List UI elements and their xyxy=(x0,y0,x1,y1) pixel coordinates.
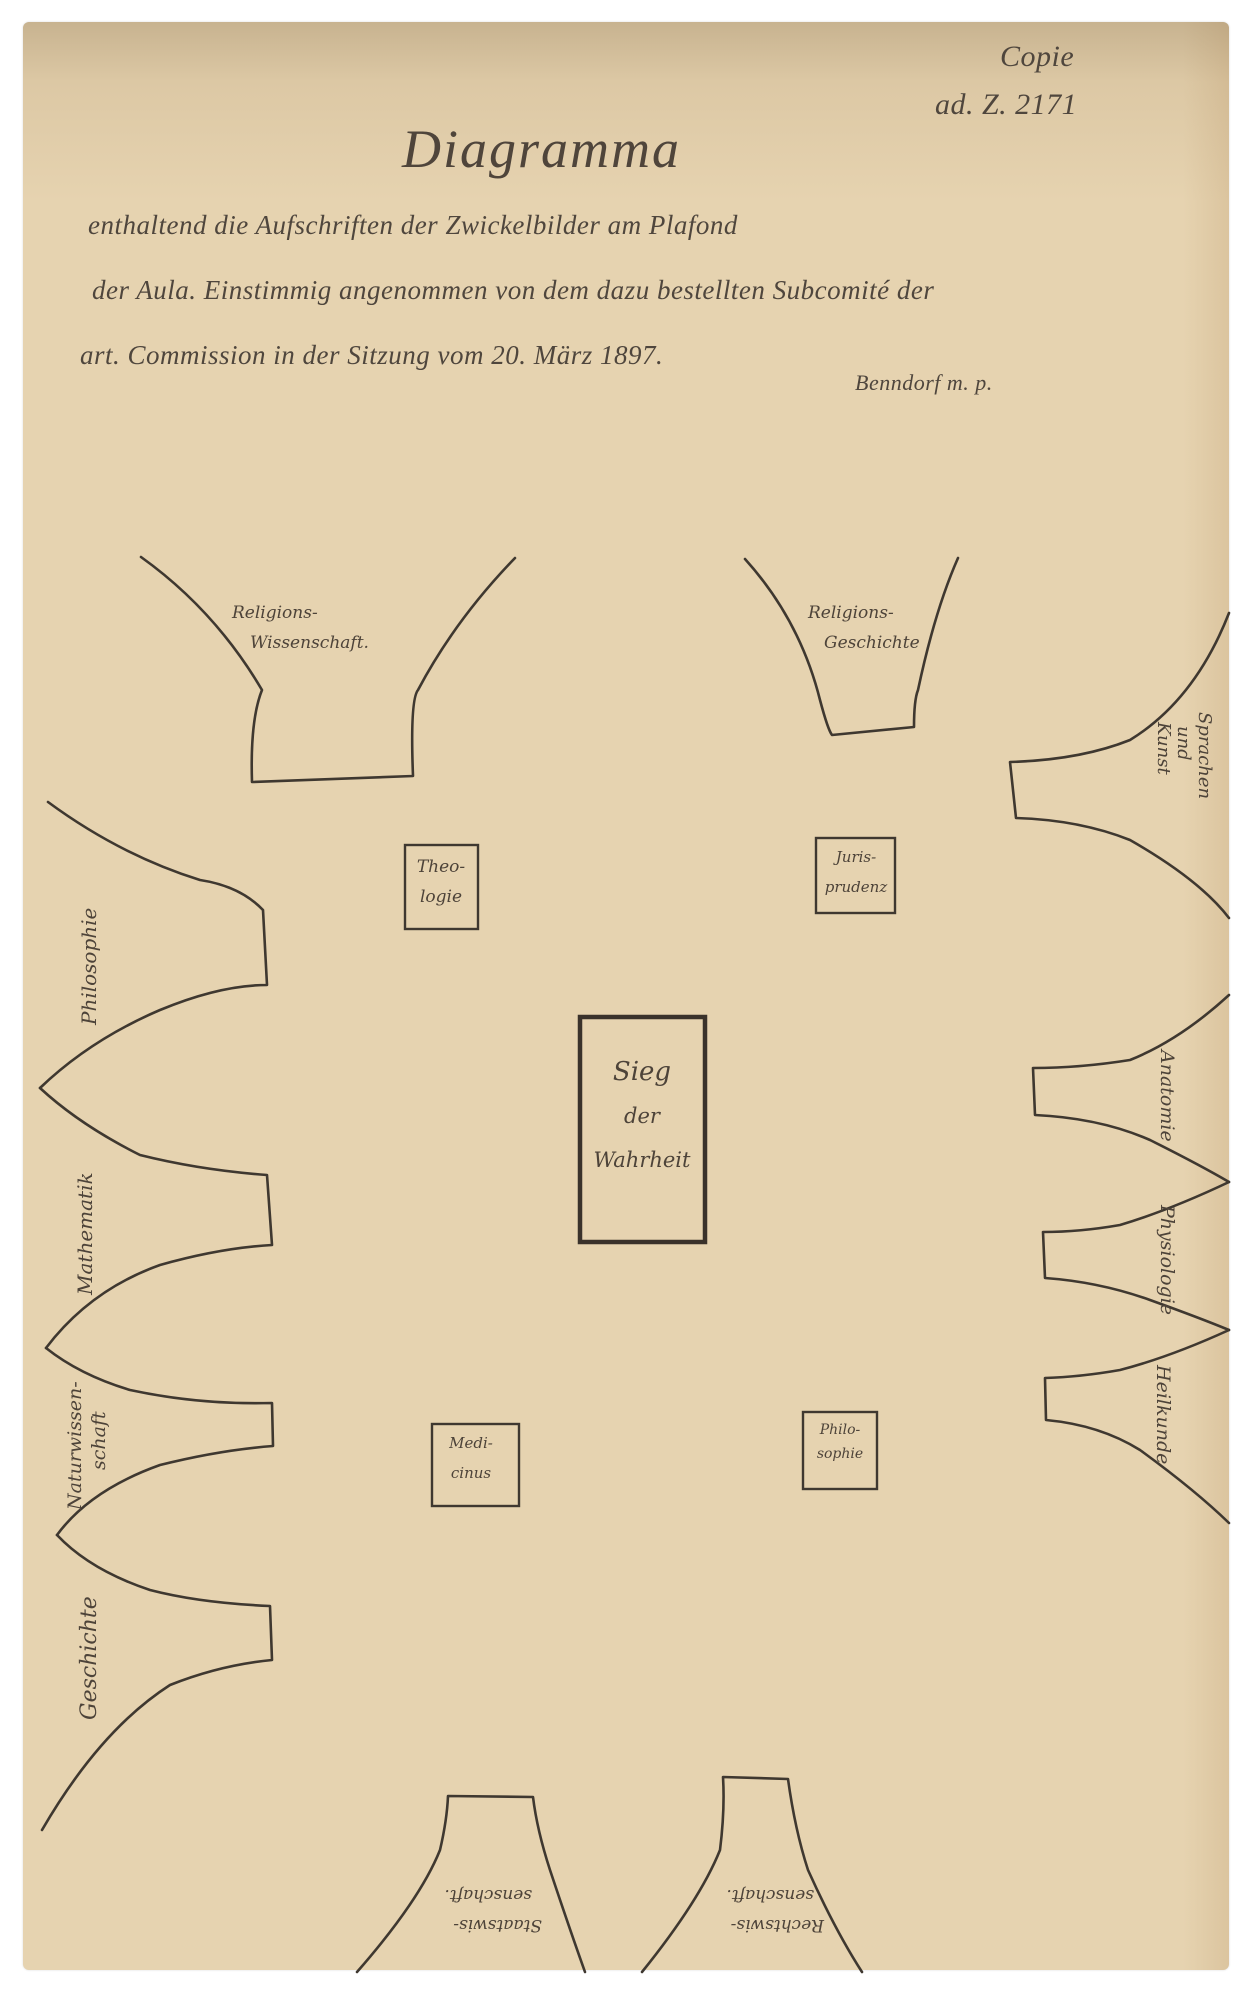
ceiling-diagram xyxy=(0,0,1258,2000)
label-line: der xyxy=(582,1094,702,1138)
spandrel-anatomie xyxy=(1033,995,1229,1182)
label-line: Staatswis- xyxy=(430,1910,542,1940)
label-line: Sieg xyxy=(582,1050,702,1094)
label-staatswissenschaft: Staatswis- senschaft. xyxy=(430,1880,542,1940)
label-line: Juris- xyxy=(816,842,896,872)
label-sieg-der-wahrheit: Sieg der Wahrheit xyxy=(582,1050,702,1182)
spandrel-religionswissenschaft xyxy=(141,557,515,782)
label-line: prudenz xyxy=(816,872,896,902)
label-line: Sprachen xyxy=(1193,712,1215,799)
label-line: Religions- xyxy=(232,598,372,628)
label-religionswissenschaft: Religions- Wissenschaft. xyxy=(232,598,372,658)
label-geschichte: Geschichte xyxy=(75,1596,105,1720)
label-line: logie xyxy=(408,882,474,912)
label-jurisprudenz: Juris- prudenz xyxy=(816,842,896,902)
spandrel-physiologie xyxy=(1043,1182,1229,1330)
label-naturwissenschaft: Naturwissen- schaft xyxy=(62,1381,110,1510)
label-line: Wahrheit xyxy=(582,1138,702,1182)
label-line: Rechtswis- xyxy=(712,1910,824,1940)
label-theologie: Theo- logie xyxy=(408,852,474,912)
label-line: senschaft. xyxy=(712,1880,814,1910)
label-heilkunde: Heilkunde xyxy=(1148,1365,1178,1464)
label-line: Geschichte xyxy=(824,628,918,658)
label-religionsgeschichte: Religions- Geschichte xyxy=(808,598,918,658)
label-rechtswissenschaft: Rechtswis- senschaft. xyxy=(712,1880,824,1940)
label-line: Medi- xyxy=(436,1428,506,1458)
label-medicinus: Medi- cinus xyxy=(436,1428,506,1488)
label-line: und xyxy=(1173,726,1193,799)
label-line: Theo- xyxy=(408,852,474,882)
label-sprachen-und-kunst: Sprachen und Kunst xyxy=(1153,712,1215,799)
label-mathematik: Mathematik xyxy=(70,1172,100,1295)
label-anatomie: Anatomie xyxy=(1152,1050,1182,1142)
label-line: cinus xyxy=(436,1458,506,1488)
spandrel-heilkunde xyxy=(1045,1330,1229,1523)
label-line: Philo- xyxy=(805,1418,875,1442)
label-line: senschaft. xyxy=(430,1880,532,1910)
label-line: Religions- xyxy=(808,598,918,628)
label-line: Kunst xyxy=(1153,722,1173,799)
spandrel-rechtswissenschaft xyxy=(642,1777,862,1972)
label-philosophie-panel: Philo- sophie xyxy=(805,1418,875,1466)
label-line: sophie xyxy=(805,1442,875,1466)
label-line: schaft xyxy=(88,1381,110,1470)
label-line: Naturwissen- xyxy=(62,1381,88,1510)
label-philosophie: Philosophie xyxy=(74,908,104,1025)
label-physiologie: Physiologie xyxy=(1152,1205,1182,1315)
label-line: Wissenschaft. xyxy=(250,628,372,658)
